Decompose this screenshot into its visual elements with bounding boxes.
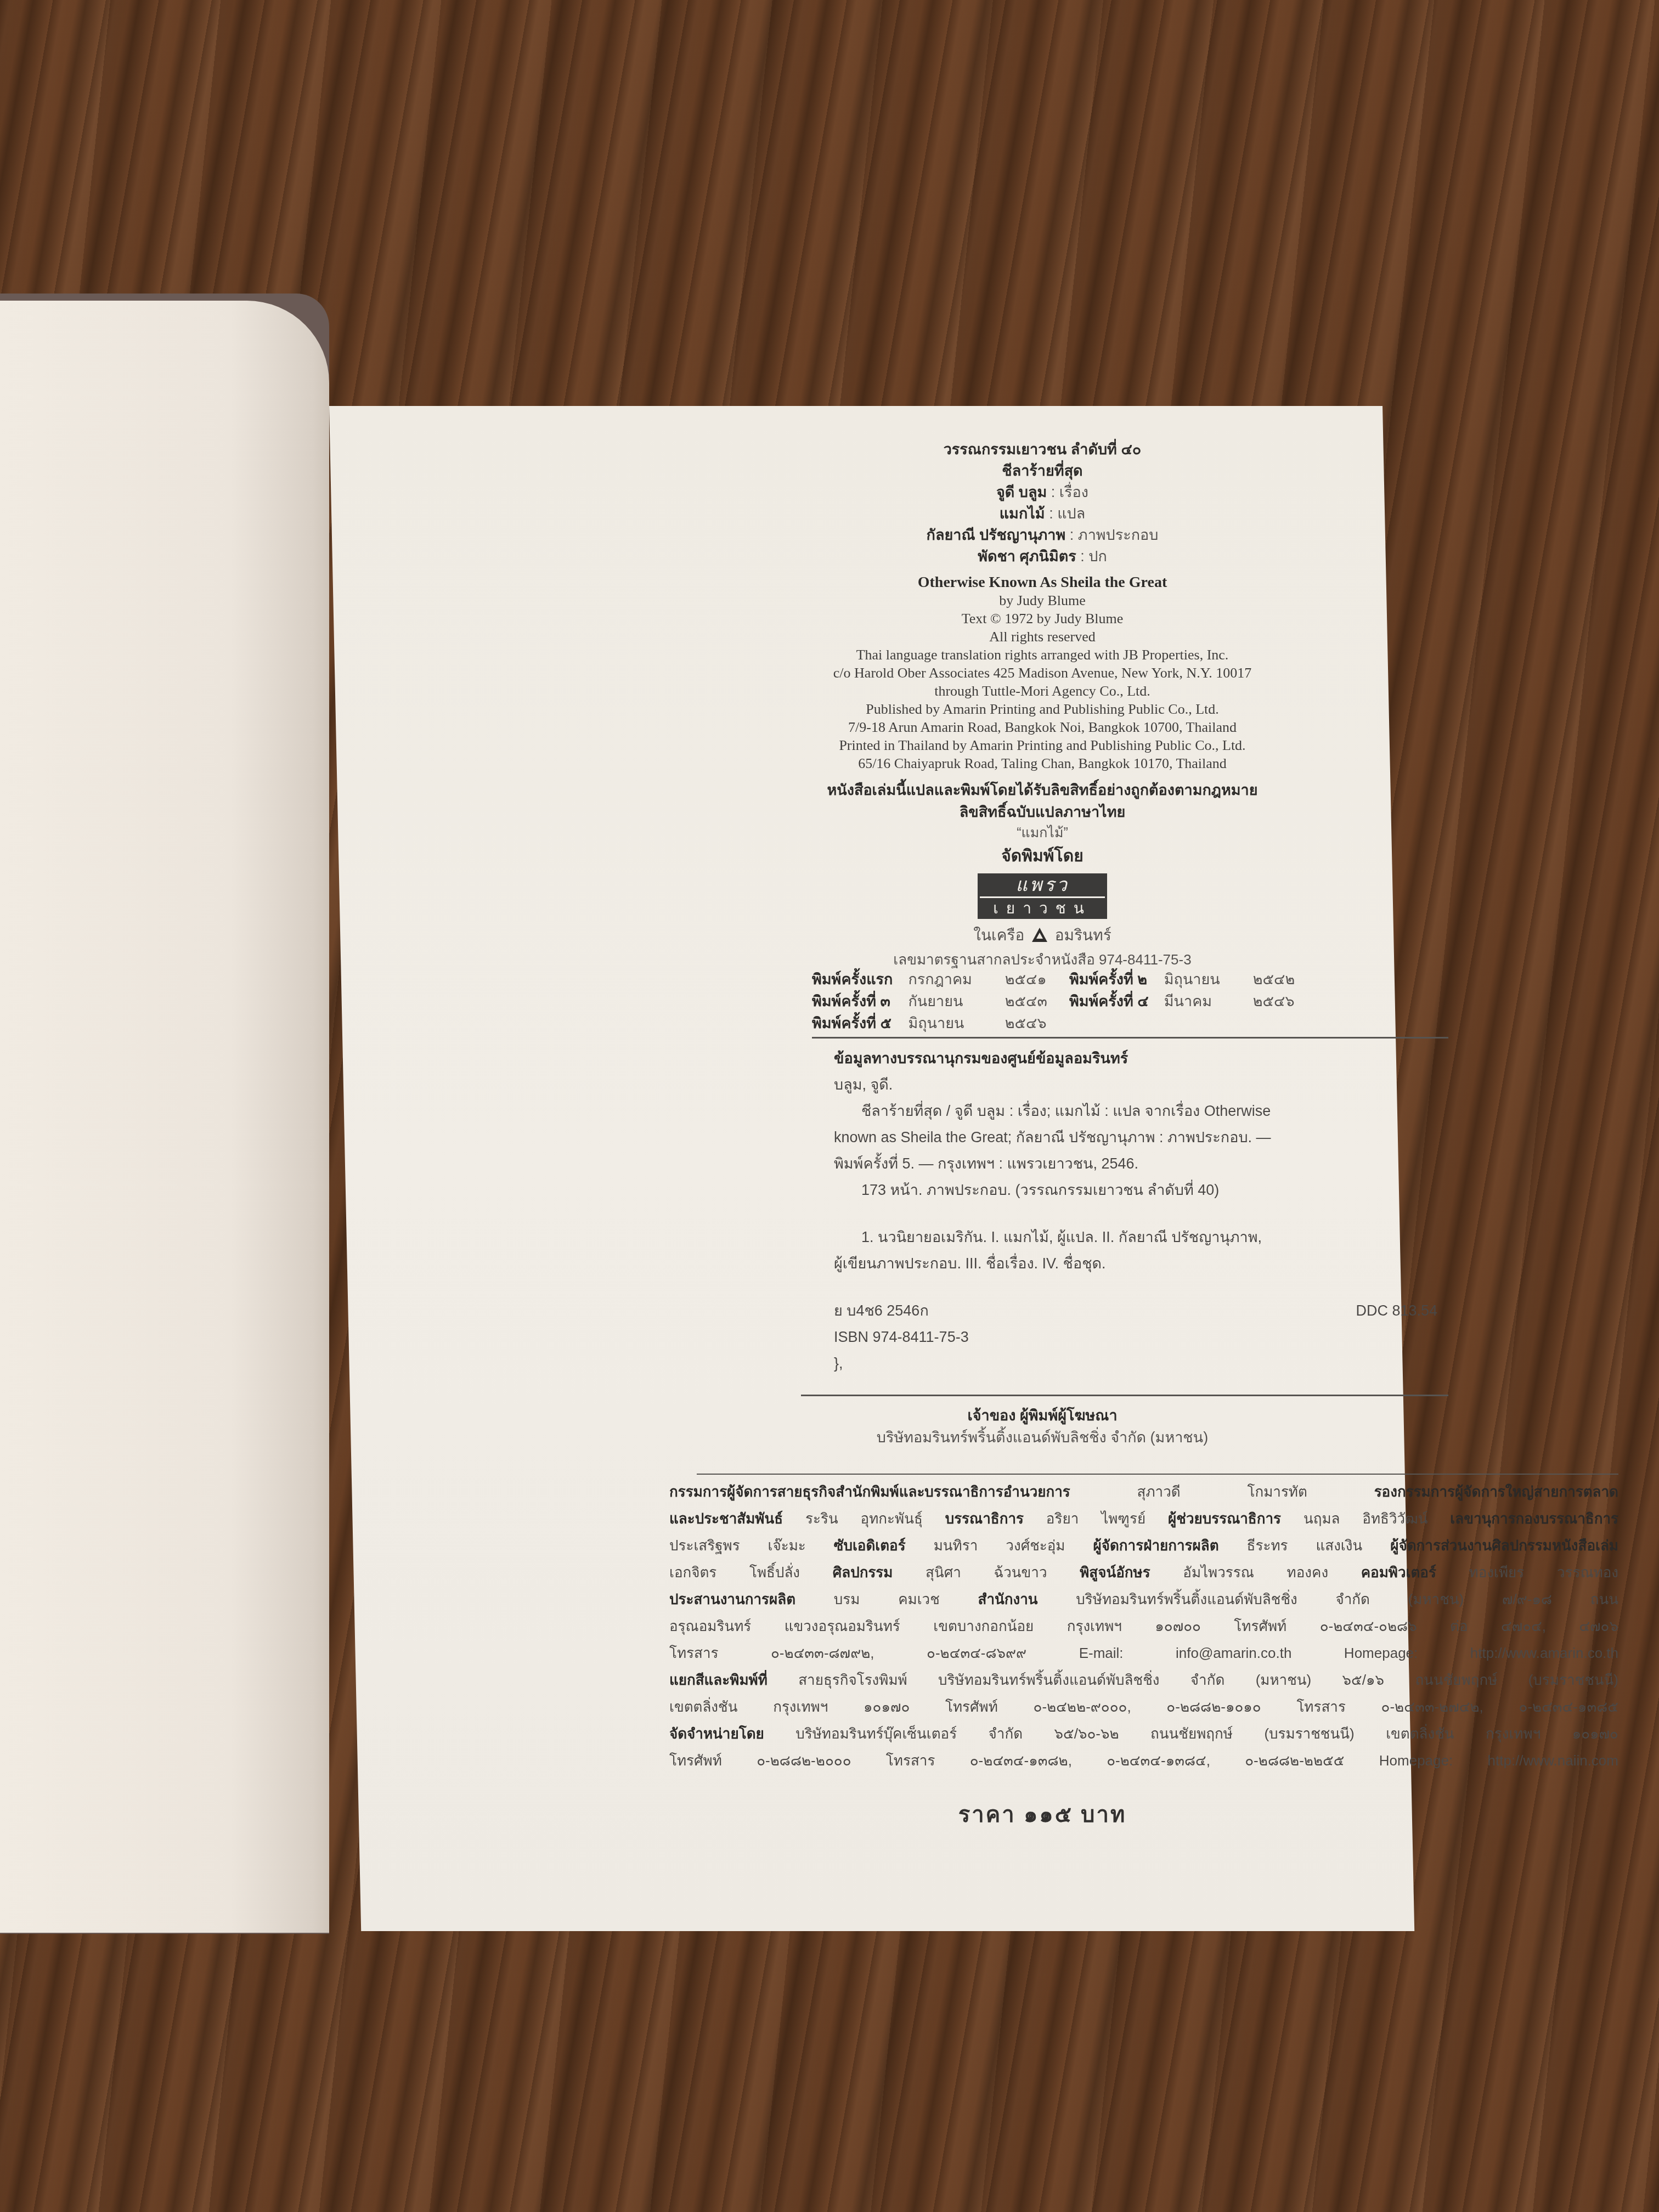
cip-desc-1: ชีลาร้ายที่สุด / จูดี บลูม : เรื่อง; แมก… [834,1098,1448,1124]
english-rights-block: Otherwise Known As Sheila the Great by J… [653,573,1432,772]
series-line: วรรณกรรมเยาวชน ลำดับที่ ๔๐ [653,439,1432,460]
printing-history: พิมพ์ครั้งแรกกรกฎาคม๒๕๔๑พิมพ์ครั้งที่ ๒ม… [828,968,1317,1034]
cip-ddc: DDC 813.54 [1356,1297,1437,1324]
thai-title: ชีลาร้ายที่สุด [653,460,1432,482]
owner-company: บริษัทอมรินทร์พริ้นติ้งแอนด์พับลิชชิ่ง จ… [653,1426,1432,1448]
published-by-label: จัดพิมพ์โดย [653,843,1432,870]
credits-line: ประเสริฐพร เจ๊ะมะ ซับเอดิเตอร์ มนทิรา วง… [669,1532,1618,1559]
credits-line: จัดจำหน่ายโดย บริษัทอมรินทร์บุ๊คเซ็นเตอร… [669,1720,1618,1747]
isbn-line: เลขมาตรฐานสากลประจำหนังสือ 974-8411-75-3 [653,950,1432,969]
credits-line: โทรสาร ๐-๒๔๓๓-๘๗๙๒, ๐-๒๔๓๔-๘๖๙๙ E-mail: … [669,1640,1618,1667]
printing-row: พิมพ์ครั้งที่ ๕มิถุนายน๒๕๔๖ [812,1012,1317,1034]
english-line: 7/9-18 Arun Amarin Road, Bangkok Noi, Ba… [653,718,1432,736]
divider [697,1474,1618,1475]
title-block: วรรณกรรมเยาวชน ลำดับที่ ๔๐ ชีลาร้ายที่สุ… [653,439,1432,567]
rights-holder: “แมกไม้” [653,823,1432,843]
cip-heading: ข้อมูลทางบรรณานุกรมของศูนย์ข้อมูลอมรินทร… [834,1045,1448,1071]
rights-block: หนังสือเล่มนี้แปลและพิมพ์โดยได้รับลิขสิท… [653,779,1432,969]
english-line: Thai language translation rights arrange… [653,646,1432,664]
cip-call-number: ย บ4ช6 2546ก [834,1297,929,1324]
cip-subjects-1: 1. นวนิยายอเมริกัน. I. แมกไม้, ผู้แปล. I… [834,1224,1448,1250]
cip-subjects-2: ผู้เขียนภาพประกอบ. III. ชื่อเรื่อง. IV. … [834,1250,1448,1277]
printing-row: พิมพ์ครั้งแรกกรกฎาคม๒๕๔๑พิมพ์ครั้งที่ ๒ม… [812,968,1317,990]
english-line: 65/16 Chaiyapruk Road, Taling Chan, Bang… [653,754,1432,772]
divider [801,1395,1448,1396]
credits-line: กรรมการผู้จัดการสายธุรกิจสำนักพิมพ์และบร… [669,1479,1618,1505]
praew-yaowachon-logo: แพรว เยาวชน [978,873,1107,919]
left-page [0,301,329,1933]
english-line: by Judy Blume [653,591,1432,610]
staff-credits: กรรมการผู้จัดการสายธุรกิจสำนักพิมพ์และบร… [669,1479,1618,1774]
credits-line: โทรศัพท์ ๐-๒๘๘๒-๒๐๐๐ โทรสาร ๐-๒๔๓๔-๑๓๘๒,… [669,1747,1618,1774]
printing-row: พิมพ์ครั้งที่ ๓กันยายน๒๕๔๓พิมพ์ครั้งที่ … [812,990,1317,1012]
cip-author: บลูม, จูดี. [834,1071,1448,1098]
rights-line-2: ลิขสิทธิ์ฉบับแปลภาษาไทย [653,801,1432,823]
credit-line: แมกไม้ : แปล [653,503,1432,524]
credits-line: แยกสีและพิมพ์ที่ สายธุรกิจโรงพิมพ์ บริษั… [669,1667,1618,1694]
credit-line: พัดชา ศุภนิมิตร : ปก [653,546,1432,567]
divider [812,1037,1448,1039]
credit-line: จูดี บลูม : เรื่อง [653,482,1432,503]
english-line: through Tuttle-Mori Agency Co., Ltd. [653,682,1432,700]
price: ราคา ๑๑๕ บาท [958,1803,1127,1827]
credit-line: กัลยาณี ปรัชญานุภาพ : ภาพประกอบ [653,524,1432,546]
amarin-triangle-icon [1032,928,1047,942]
cip-pages: 173 หน้า. ภาพประกอบ. (วรรณกรรมเยาวชน ลำด… [834,1177,1448,1203]
credits-line: อรุณอมรินทร์ แขวงอรุณอมรินทร์ เขตบางกอกน… [669,1613,1618,1640]
credits-line: ประสานงานการผลิต บรม คมเวช สำนักงาน บริษ… [669,1586,1618,1613]
logo-bottom-text: เยาวชน [978,898,1107,919]
cip-isbn: ISBN 974-8411-75-3 [834,1324,1448,1350]
english-title: Otherwise Known As Sheila the Great [653,573,1432,591]
group-line: ในเครือ อมรินทร์ [653,921,1432,950]
copyright-page: วรรณกรรมเยาวชน ลำดับที่ ๔๐ ชีลาร้ายที่สุ… [329,406,1414,1931]
english-line: Text © 1972 by Judy Blume [653,610,1432,628]
credits-line: เอกจิตร โพธิ์ปลั่ง ศิลปกรรม สุนิศา ฉ้วนข… [669,1559,1618,1586]
english-line: Published by Amarin Printing and Publish… [653,700,1432,718]
logo-top-text: แพรว [978,873,1107,896]
cataloging-data: ข้อมูลทางบรรณานุกรมของศูนย์ข้อมูลอมรินทร… [834,1045,1448,1376]
credits-line: เขตตลิ่งชัน กรุงเทพฯ ๑๐๑๗๐ โทรศัพท์ ๐-๒๔… [669,1694,1618,1720]
credits-line: และประชาสัมพันธ์ ระริน อุทกะพันธุ์ บรรณา… [669,1505,1618,1532]
english-line: Printed in Thailand by Amarin Printing a… [653,736,1432,754]
cip-desc-2: known as Sheila the Great; กัลยาณี ปรัชญ… [834,1124,1448,1150]
rights-line-1: หนังสือเล่มนี้แปลและพิมพ์โดยได้รับลิขสิท… [653,779,1432,801]
english-line: All rights reserved [653,628,1432,646]
cip-desc-3: พิมพ์ครั้งที่ 5. — กรุงเทพฯ : แพรวเยาวชน… [834,1150,1448,1177]
owner-heading: เจ้าของ ผู้พิมพ์ผู้โฆษณา [653,1404,1432,1426]
owner-block: เจ้าของ ผู้พิมพ์ผู้โฆษณา บริษัทอมรินทร์พ… [653,1404,1432,1448]
english-line: c/o Harold Ober Associates 425 Madison A… [653,664,1432,682]
